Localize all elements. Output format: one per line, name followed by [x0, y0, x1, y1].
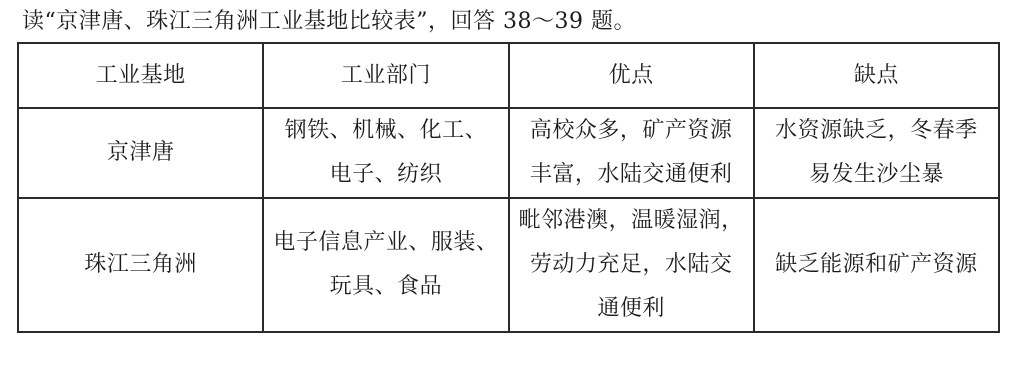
question-intro-text: 读“京津唐、珠江三角洲工业基地比较表”，回答 38～39 题。	[22, 8, 636, 36]
cell-sectors: 钢铁、机械、化工、 电子、纺织	[263, 108, 508, 198]
cell-sectors: 电子信息产业、服装、 玩具、食品	[263, 198, 508, 332]
table-row-jingjintang: 京津唐 钢铁、机械、化工、 电子、纺织 高校众多，矿产资源 丰富，水陆交通便利 …	[18, 108, 999, 198]
header-advantages: 优点	[509, 43, 754, 108]
cell-disadvantages: 缺乏能源和矿产资源	[754, 198, 999, 332]
document-page: 读“京津唐、珠江三角洲工业基地比较表”，回答 38～39 题。 工业基地 工业部…	[0, 0, 1024, 366]
cell-advantages: 毗邻港澳，温暖湿润， 劳动力充足，水陆交 通便利	[509, 198, 754, 332]
cell-base-name: 珠江三角洲	[18, 198, 263, 332]
cell-disadvantages: 水资源缺乏，冬春季 易发生沙尘暴	[754, 108, 999, 198]
header-disadvantages: 缺点	[754, 43, 999, 108]
header-industrial-sectors: 工业部门	[263, 43, 508, 108]
cell-base-name: 京津唐	[18, 108, 263, 198]
table-header-row: 工业基地 工业部门 优点 缺点	[18, 43, 999, 108]
cell-advantages: 高校众多，矿产资源 丰富，水陆交通便利	[509, 108, 754, 198]
table-row-pearl-river-delta: 珠江三角洲 电子信息产业、服装、 玩具、食品 毗邻港澳，温暖湿润， 劳动力充足，…	[18, 198, 999, 332]
industrial-base-comparison-table: 工业基地 工业部门 优点 缺点 京津唐 钢铁、机械、化工、 电子、纺织 高校众多…	[17, 42, 1000, 333]
header-industrial-base: 工业基地	[18, 43, 263, 108]
